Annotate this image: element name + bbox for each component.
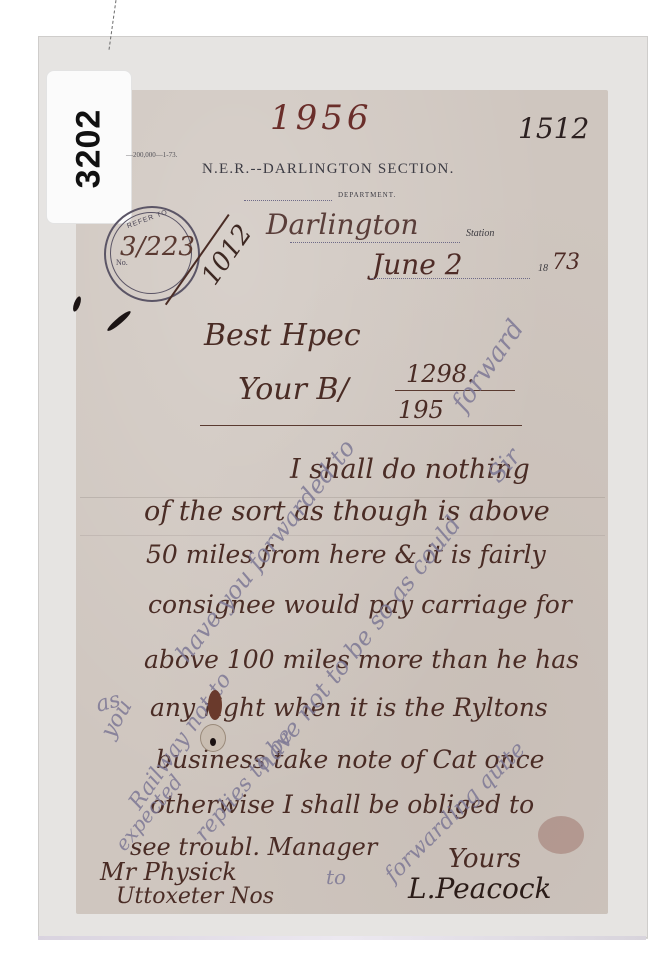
ink-stain [210, 738, 216, 746]
stamp-no-label: No. [116, 258, 128, 267]
station-value: Darlington [266, 208, 419, 241]
department-label: DEPARTMENT. [338, 191, 396, 199]
letter-line-2: of the sort as though is above [144, 496, 550, 527]
salutation: Best Hpec [204, 318, 361, 353]
stamp-value: 3/223 [120, 232, 195, 262]
station-field-line [290, 242, 460, 243]
signature: L.Peacock [408, 872, 552, 905]
department-field-line [244, 200, 332, 201]
letter-line-3: 50 miles from here & it is fairly [146, 540, 546, 569]
archive-number: 1956 [270, 98, 373, 138]
date-value: June 2 [372, 248, 463, 281]
reference-prefix: Your B/ [238, 372, 349, 407]
reference-number: 1512 [518, 112, 589, 145]
addressee-line-2: Uttoxeter Nos [116, 884, 274, 909]
station-label: Station [466, 228, 494, 239]
catalog-number: 3202 [70, 73, 109, 225]
water-stain [538, 816, 584, 854]
sleeve-edge [38, 936, 646, 940]
print-run-code: —200,000—1-73. [126, 151, 177, 159]
paper-crease [80, 535, 605, 536]
refer-to-stamp: REFER TO 3/223 No. [104, 206, 200, 302]
section-rule [200, 425, 522, 426]
addressee-line-1: Mr Physick [100, 858, 237, 886]
date-field-line [370, 278, 530, 279]
pencil-note: to [326, 865, 346, 889]
year-prefix: 18 [538, 263, 548, 274]
company-section-heading: N.E.R.--DARLINGTON SECTION. [202, 161, 455, 178]
ink-stain [208, 690, 222, 720]
closing: Yours [448, 844, 521, 874]
reference-bottom: 195 [398, 396, 444, 424]
catalog-label: 3202 [46, 70, 132, 224]
letter-line-9: see troubl. Manager [130, 833, 377, 861]
year-suffix: 73 [552, 250, 580, 275]
